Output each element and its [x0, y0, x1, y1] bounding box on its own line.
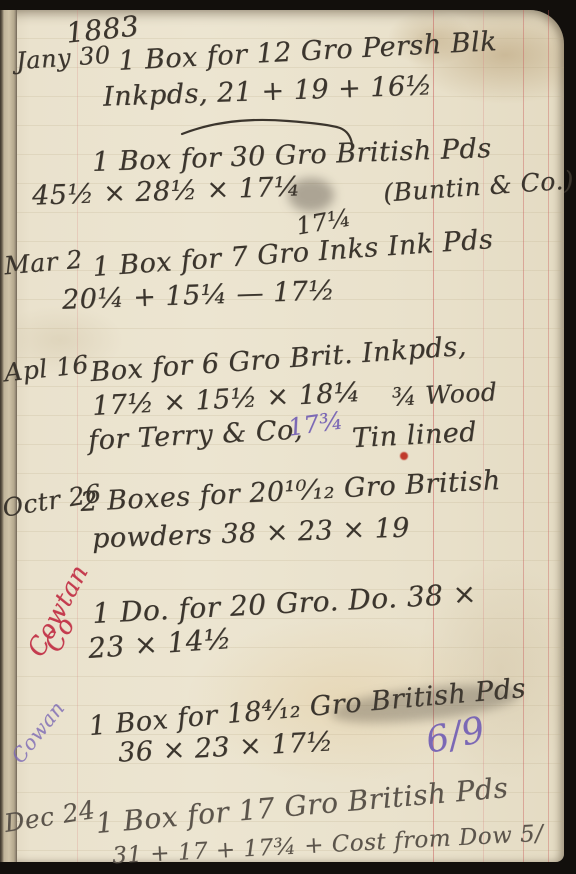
entry-date: Mar 2	[3, 247, 84, 279]
entry-line: Tin lined	[351, 419, 477, 453]
purple-correction-note: 17¾	[287, 408, 345, 439]
margin-rule-left	[77, 10, 78, 862]
ledger-page: 1883 Jany 30 1 Box for 12 Gro Persh Blk …	[0, 10, 564, 862]
binding-strip	[0, 10, 17, 862]
red-dot-mark	[400, 452, 408, 460]
entry-line: ¾ Wood	[391, 379, 497, 409]
ledger-rule-4	[548, 10, 549, 862]
entry-date: Jany 30	[15, 43, 111, 74]
ink-smudge	[288, 178, 334, 212]
ledger-rule-3	[523, 10, 524, 862]
